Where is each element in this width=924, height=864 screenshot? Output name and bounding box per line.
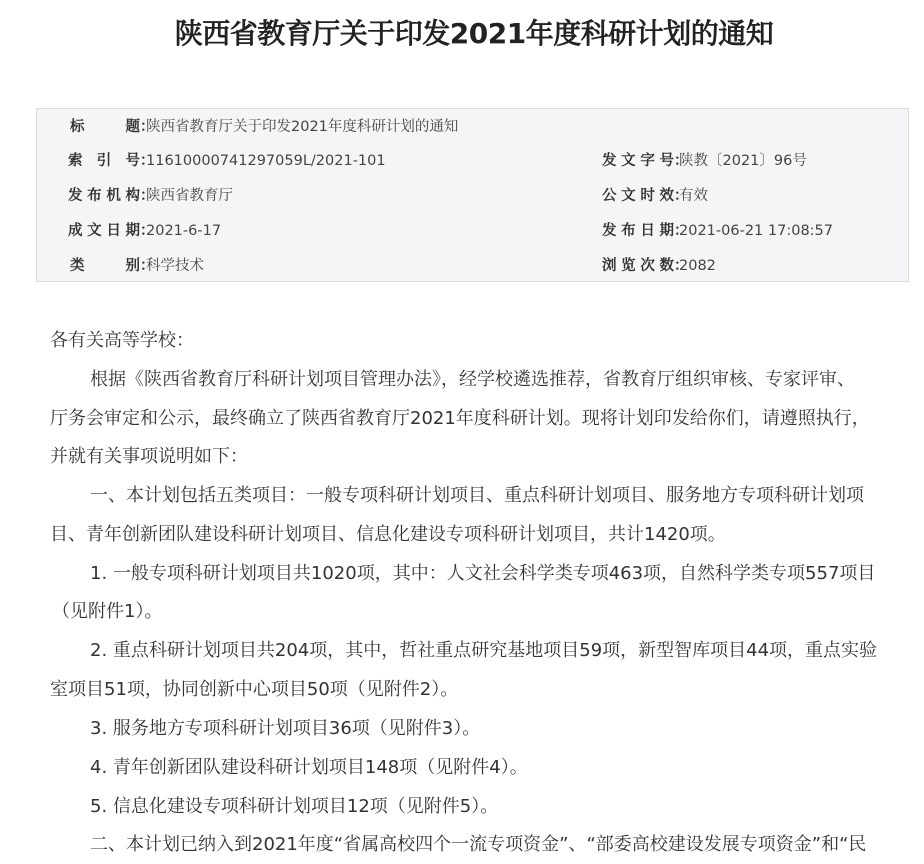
meta-label-category: 类 别: [70, 254, 140, 278]
item-2-line-2: 室项目51项，协同创新中心项目50项（见附件2）。: [50, 671, 458, 709]
meta-row-publisher: 发布机构 ： 陕西省教育厅: [68, 184, 468, 208]
meta-label-index: 索 引 号: [68, 149, 140, 173]
meta-row-publish-date: 发布日期 ： 2021-06-21 17:08:57: [602, 219, 902, 243]
meta-label-view-count: 浏览次数: [602, 254, 674, 278]
meta-value-publisher: 陕西省教育厅: [146, 184, 233, 208]
item-5: 5. 信息化建设专项科研计划项目12项（见附件5）。: [90, 788, 498, 826]
meta-row-validity: 公文时效 ： 有效: [602, 184, 902, 208]
meta-label-written-date: 成文日期: [68, 219, 140, 243]
item-2-line-1: 2. 重点科研计划项目共204项，其中，哲社重点研究基地项目59项，新型智库项目…: [90, 632, 877, 670]
meta-row-category: 类 别 ： 科学技术: [70, 254, 470, 278]
meta-label-publisher: 发布机构: [68, 184, 140, 208]
section-one-line-1: 一、本计划包括五类项目：一般专项科研计划项目、重点科研计划项目、服务地方专项科研…: [90, 477, 864, 515]
salutation: 各有关高等学校：: [50, 322, 194, 360]
meta-value-doc-number: 陕教〔2021〕96号: [679, 149, 807, 173]
item-1-line-2: （见附件1）。: [52, 593, 162, 631]
meta-value-category: 科学技术: [146, 254, 204, 278]
section-one-line-2: 目、青年创新团队建设科研计划项目、信息化建设专项科研计划项目，共计1420项。: [50, 516, 726, 554]
meta-label-validity: 公文时效: [602, 184, 674, 208]
meta-row-index: 索 引 号 ： 11610000741297059L/2021-101: [68, 149, 468, 173]
meta-row-title: 标 题 ： 陕西省教育厅关于印发2021年度科研计划的通知: [70, 115, 890, 139]
meta-label-publish-date: 发布日期: [602, 219, 674, 243]
meta-row-written-date: 成文日期 ： 2021-6-17: [68, 219, 468, 243]
meta-value-view-count: 2082: [679, 254, 716, 278]
meta-value-written-date: 2021-6-17: [146, 219, 221, 243]
meta-value-validity: 有效: [679, 184, 708, 208]
item-4: 4. 青年创新团队建设科研计划项目148项（见附件4）。: [90, 749, 528, 787]
meta-value-title: 陕西省教育厅关于印发2021年度科研计划的通知: [146, 115, 458, 139]
paragraph-intro-line-3: 并就有关事项说明如下：: [50, 438, 248, 476]
meta-row-doc-number: 发文字号 ： 陕教〔2021〕96号: [602, 149, 902, 173]
metadata-panel: 标 题 ： 陕西省教育厅关于印发2021年度科研计划的通知 索 引 号 ： 11…: [36, 108, 909, 282]
meta-value-index: 11610000741297059L/2021-101: [146, 149, 386, 173]
meta-row-view-count: 浏览次数 ： 2082: [602, 254, 902, 278]
item-1-line-1: 1. 一般专项科研计划项目共1020项，其中：人文社会科学类专项463项，自然科…: [90, 555, 875, 593]
paragraph-intro-line-2: 厅务会审定和公示，最终确立了陕西省教育厅2021年度科研计划。现将计划印发给你们…: [50, 400, 870, 438]
item-3: 3. 服务地方专项科研计划项目36项（见附件3）。: [90, 710, 480, 748]
meta-label-title: 标 题: [70, 115, 140, 139]
meta-value-publish-date: 2021-06-21 17:08:57: [679, 219, 833, 243]
section-two-line-1: 二、本计划已纳入到2021年度“省属高校四个一流专项资金”、“部委高校建设发展专…: [90, 826, 866, 864]
paragraph-intro-line-1: 根据《陕西省教育厅科研计划项目管理办法》，经学校遴选推荐，省教育厅组织审核、专家…: [90, 361, 855, 399]
document-title: 陕西省教育厅关于印发2021年度科研计划的通知: [0, 14, 924, 54]
meta-label-doc-number: 发文字号: [602, 149, 674, 173]
